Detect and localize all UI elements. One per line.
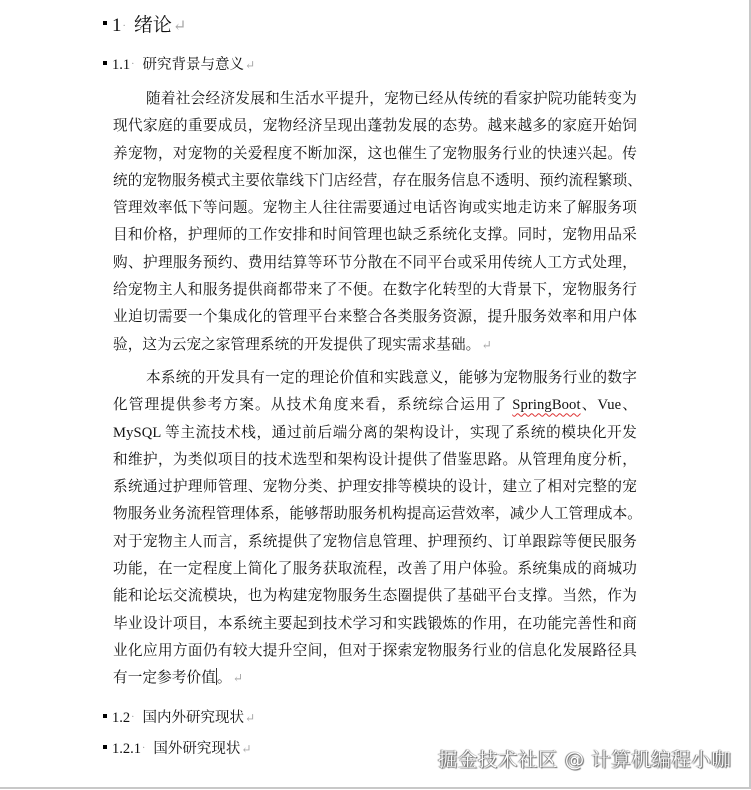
text-line-content: 验，这为云宠之家管理系统的开发提供了现实需求基础。 bbox=[113, 337, 480, 353]
heading-title: 绪论 bbox=[134, 10, 172, 37]
text-line: 物服务业务流程管理体系，能够帮助服务机构提高运营效率，减少人工管理成本。 bbox=[113, 501, 637, 528]
paragraph-mark-icon: ↵ bbox=[233, 671, 244, 685]
heading-title: 国外研究现状 bbox=[153, 737, 240, 758]
heading-1-2-1[interactable]: 1.2.1 国外研究现状 ↵ bbox=[103, 737, 252, 758]
text-line: 给宠物主人和服务提供商都带来了不便。在数字化转型的大背景下，宠物服务行 bbox=[113, 277, 637, 304]
paragraph-mark-icon: ↵ bbox=[173, 16, 187, 36]
text-line: 毕业设计项目，本系统主要起到技术学习和实践锻炼的作用，在功能完善性和商 bbox=[113, 611, 637, 638]
heading-number: 1.2.1 bbox=[112, 741, 145, 758]
text-line: 随着社会经济发展和生活水平提升，宠物已经从传统的看家护院功能转变为 bbox=[113, 86, 637, 113]
heading-bullet-icon bbox=[103, 745, 107, 749]
heading-number: 1.2 bbox=[112, 710, 134, 727]
paragraph-mark-icon: ↵ bbox=[245, 58, 255, 73]
heading-bullet-icon bbox=[103, 714, 107, 718]
text-segment: 化管理提供参考方案。从技术角度来看，系统综合运用了 bbox=[113, 397, 512, 413]
text-line: 系统通过护理师管理、宠物分类、护理安排等模块的设计，建立了相对完整的宠 bbox=[113, 474, 637, 501]
text-line: 养宠物，对宠物的关爱程度不断加深，这也催生了宠物服务行业的快速兴起。传 bbox=[113, 141, 637, 168]
watermark: 掘金技术社区 @ 计算机编程小咖 bbox=[438, 744, 731, 772]
heading-number: 1.1 bbox=[112, 57, 134, 74]
text-line: 购、护理服务预约、费用结算等环节分散在不同平台或采用传统人工方式处理， bbox=[113, 250, 637, 277]
text-line: 能和论坛交流模块，也为构建宠物服务生态圈提供了基础平台支撑。当然，作为 bbox=[113, 583, 637, 610]
text-line: 有一定参考价值。↵ bbox=[113, 665, 637, 692]
heading-1-1[interactable]: 1.1 研究背景与意义 ↵ bbox=[103, 53, 255, 74]
text-line: 统的宠物服务模式主要依靠线下门店经营，存在服务信息不透明、预约流程繁琐、 bbox=[113, 168, 637, 195]
heading-title: 国内外研究现状 bbox=[142, 706, 244, 727]
text-line: 本系统的开发具有一定的理论价值和实践意义，能够为宠物服务行业的数字 bbox=[113, 365, 637, 392]
heading-title: 研究背景与意义 bbox=[142, 53, 244, 74]
paragraph-mark-icon: ↵ bbox=[241, 742, 251, 757]
text-line: 对于宠物主人而言，系统提供了宠物信息管理、护理预约、订单跟踪等便民服务 bbox=[113, 529, 637, 556]
text-line: 和维护，为类似项目的技术选型和架构设计提供了借鉴思路。从管理角度分析， bbox=[113, 447, 637, 474]
spellcheck-underlined-word[interactable]: SpringBoot bbox=[512, 397, 580, 413]
heading-bullet-icon bbox=[103, 21, 107, 25]
text-line: MySQL 等主流技术栈，通过前后端分离的架构设计，实现了系统的模块化开发 bbox=[113, 420, 637, 447]
text-line: 目和价格，护理师的工作安排和时间管理也缺乏系统化支撑。同时，宠物用品采 bbox=[113, 222, 637, 249]
paragraph-significance[interactable]: 本系统的开发具有一定的理论价值和实践意义，能够为宠物服务行业的数字 化管理提供参… bbox=[113, 365, 637, 693]
text-line: 功能，在一定程度上简化了服务获取流程，改善了用户体验。系统集成的商城功 bbox=[113, 556, 637, 583]
heading-number: 1 bbox=[112, 15, 126, 37]
text-segment: 、Vue、 bbox=[581, 397, 637, 413]
heading-bullet-icon bbox=[103, 61, 107, 65]
text-segment: 。 bbox=[217, 670, 232, 686]
paragraph-mark-icon: ↵ bbox=[481, 338, 492, 352]
heading-1-2[interactable]: 1.2 国内外研究现状 ↵ bbox=[103, 706, 255, 727]
text-line: 现代家庭的重要成员，宠物经济呈现出蓬勃发展的态势。越来越多的家庭开始饲 bbox=[113, 113, 637, 140]
text-line: 化管理提供参考方案。从技术角度来看，系统综合运用了 SpringBoot、Vue… bbox=[113, 392, 637, 419]
text-line: 业迫切需要一个集成化的管理平台来整合各类服务资源，提升服务效率和用户体 bbox=[113, 304, 637, 331]
text-line: 业化应用方面仍有较大提升空间，但对于探索宠物服务行业的信息化发展路径具 bbox=[113, 638, 637, 665]
text-line: 管理效率低下等问题。宠物主人往往需要通过电话咨询或实地走访来了解服务项 bbox=[113, 195, 637, 222]
heading-1[interactable]: 1 绪论 ↵ bbox=[103, 10, 186, 37]
paragraph-background[interactable]: 随着社会经济发展和生活水平提升，宠物已经从传统的看家护院功能转变为 现代家庭的重… bbox=[113, 86, 637, 359]
text-segment: 有一定参考价值 bbox=[113, 670, 216, 686]
text-line: 验，这为云宠之家管理系统的开发提供了现实需求基础。↵ bbox=[113, 332, 637, 359]
paragraph-mark-icon: ↵ bbox=[245, 711, 255, 726]
